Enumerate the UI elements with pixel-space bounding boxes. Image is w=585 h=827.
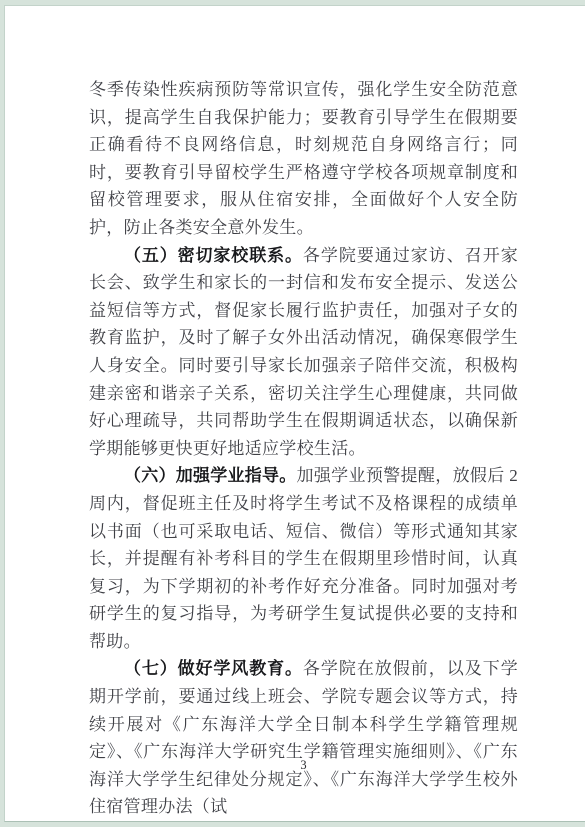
paragraph-section-6: （六）加强学业指导。加强学业预警提醒，放假后 2 周内，督促班主任及时将学生考试…	[89, 462, 518, 655]
document-page: 冬季传染性疾病预防等常识宣传，强化学生安全防范意识，提高学生自我保护能力；要教育…	[4, 5, 585, 822]
page-number: 3	[89, 758, 518, 773]
paragraph-text: 各学院要通过家访、召开家长会、致学生和家长的一封信和发布安全提示、发送公益短信等…	[89, 246, 518, 458]
paragraph-continuation: 冬季传染性疾病预防等常识宣传，强化学生安全防范意识，提高学生自我保护能力；要教育…	[89, 76, 518, 242]
paragraph-text: 冬季传染性疾病预防等常识宣传，强化学生安全防范意识，提高学生自我保护能力；要教育…	[89, 80, 518, 237]
paragraph-text: 加强学业预警提醒，放假后 2 周内，督促班主任及时将学生考试不及格课程的成绩单以…	[89, 466, 518, 651]
document-viewer: { "colors": { "viewer_background": "#d6e…	[0, 0, 585, 827]
document-body-text: 冬季传染性疾病预防等常识宣传，强化学生安全防范意识，提高学生自我保护能力；要教育…	[89, 76, 518, 821]
paragraph-section-5: （五）密切家校联系。各学院要通过家访、召开家长会、致学生和家长的一封信和发布安全…	[89, 242, 518, 463]
section-7-heading: （七）做好学风教育。	[124, 659, 303, 678]
section-5-heading: （五）密切家校联系。	[124, 246, 303, 265]
paragraph-text: 各学院在放假前，以及下学期开学前，要通过线上班会、学院专题会议等方式，持续开展对…	[89, 659, 518, 816]
section-6-heading: （六）加强学业指导。	[124, 466, 296, 485]
paragraph-section-7: （七）做好学风教育。各学院在放假前，以及下学期开学前，要通过线上班会、学院专题会…	[89, 655, 518, 821]
